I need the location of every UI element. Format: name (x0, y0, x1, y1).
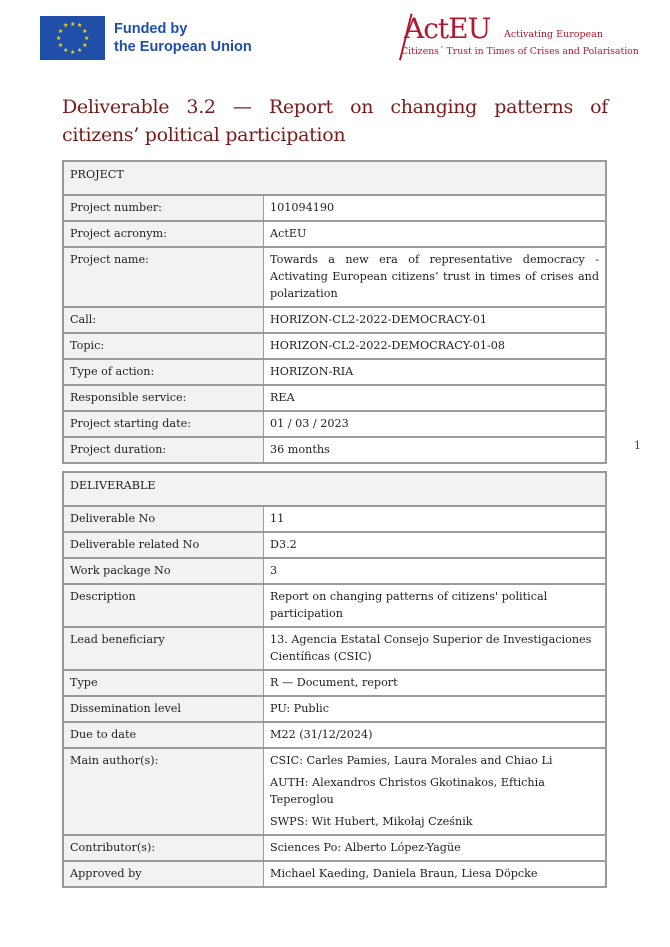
row-value: 01 / 03 / 2023 (264, 411, 607, 437)
row-label: Type (63, 670, 264, 696)
eu-funding-text: Funded by the European Union (114, 20, 252, 56)
deliverable-header-row: DELIVERABLE (63, 472, 606, 506)
deliverable-heading: DELIVERABLE (63, 472, 606, 506)
table-row: Project duration:36 months (63, 437, 606, 463)
row-label: Main author(s): (63, 748, 264, 835)
page-number: 1 (634, 439, 641, 452)
row-value: Michael Kaeding, Daniela Braun, Liesa Dö… (264, 861, 607, 887)
row-label: Project acronym: (63, 221, 264, 247)
row-value: 11 (264, 506, 607, 532)
row-value: HORIZON-CL2-2022-DEMOCRACY-01 (264, 307, 607, 333)
authors-row: Main author(s):CSIC: Carles Pamies, Laur… (63, 748, 606, 835)
table-row: Type of action:HORIZON-RIA (63, 359, 606, 385)
acteu-tagline-line2: Citizens´ Trust in Times of Crises and P… (401, 46, 639, 57)
eu-star-icon: ★ (82, 29, 87, 34)
table-row: Contributor(s):Sciences Po: Alberto Lópe… (63, 835, 606, 861)
eu-star-icon: ★ (84, 36, 89, 41)
row-value: Report on changing patterns of citizens'… (264, 584, 607, 627)
row-label: Due to date (63, 722, 264, 748)
row-label: Approved by (63, 861, 264, 887)
row-value: R — Document, report (264, 670, 607, 696)
eu-star-icon: ★ (63, 48, 68, 53)
row-label: Deliverable No (63, 506, 264, 532)
table-row: Responsible service:REA (63, 385, 606, 411)
project-heading: PROJECT (63, 161, 606, 195)
eu-star-icon: ★ (58, 43, 63, 48)
row-label: Call: (63, 307, 264, 333)
row-value: 36 months (264, 437, 607, 463)
row-label: Project number: (63, 195, 264, 221)
eu-star-icon: ★ (56, 36, 61, 41)
row-value: 101094190 (264, 195, 607, 221)
document-title: Deliverable 3.2 — Report on changing pat… (62, 93, 608, 149)
acteu-tagline-line1: Activating European (504, 29, 603, 40)
row-label: Deliverable related No (63, 532, 264, 558)
eu-funding-line1: Funded by (114, 20, 252, 38)
project-header-row: PROJECT (63, 161, 606, 195)
acteu-logo-name: ActEU (404, 13, 490, 45)
row-value: PU: Public (264, 696, 607, 722)
table-row: Project acronym:ActEU (63, 221, 606, 247)
table-row: TypeR — Document, report (63, 670, 606, 696)
row-label: Responsible service: (63, 385, 264, 411)
table-row: Call:HORIZON-CL2-2022-DEMOCRACY-01 (63, 307, 606, 333)
author-line: AUTH: Alexandros Christos Gkotinakos, Ef… (270, 774, 599, 808)
row-label: Dissemination level (63, 696, 264, 722)
table-row: Work package No3 (63, 558, 606, 584)
row-label: Type of action: (63, 359, 264, 385)
table-row: Deliverable related NoD3.2 (63, 532, 606, 558)
eu-funding-logo: ★★★★★★★★★★★★ Funded by the European Unio… (40, 16, 252, 60)
row-value: Towards a new era of representative demo… (264, 247, 607, 307)
row-label: Project starting date: (63, 411, 264, 437)
row-value: 13. Agencia Estatal Consejo Superior de … (264, 627, 607, 670)
eu-star-icon: ★ (70, 22, 75, 27)
project-table: PROJECT Project number:101094190Project … (62, 160, 607, 464)
row-label: Contributor(s): (63, 835, 264, 861)
eu-star-icon: ★ (70, 50, 75, 55)
acteu-logo: ActEU Activating European Citizens´ Trus… (396, 10, 646, 62)
eu-funding-line2: the European Union (114, 38, 252, 56)
table-row: Project starting date:01 / 03 / 2023 (63, 411, 606, 437)
table-row: Project number:101094190 (63, 195, 606, 221)
eu-star-icon: ★ (82, 43, 87, 48)
row-label: Topic: (63, 333, 264, 359)
row-label: Lead beneficiary (63, 627, 264, 670)
row-value: REA (264, 385, 607, 411)
table-row: Topic:HORIZON-CL2-2022-DEMOCRACY-01-08 (63, 333, 606, 359)
eu-flag-icon: ★★★★★★★★★★★★ (40, 16, 105, 60)
row-label: Project duration: (63, 437, 264, 463)
table-row: Dissemination levelPU: Public (63, 696, 606, 722)
row-value: M22 (31/12/2024) (264, 722, 607, 748)
row-value: HORIZON-CL2-2022-DEMOCRACY-01-08 (264, 333, 607, 359)
eu-star-icon: ★ (58, 29, 63, 34)
row-value: 3 (264, 558, 607, 584)
table-row: Project name:Towards a new era of repres… (63, 247, 606, 307)
eu-star-icon: ★ (77, 48, 82, 53)
author-line: SWPS: Wit Hubert, Mikołaj Cześnik (270, 813, 599, 830)
row-value: HORIZON-RIA (264, 359, 607, 385)
row-value: Sciences Po: Alberto López-Yagüe (264, 835, 607, 861)
row-label: Project name: (63, 247, 264, 307)
author-line: CSIC: Carles Pamies, Laura Morales and C… (270, 752, 599, 769)
deliverable-table: DELIVERABLE Deliverable No11Deliverable … (62, 471, 607, 888)
table-row: DescriptionReport on changing patterns o… (63, 584, 606, 627)
table-row: Lead beneficiary13. Agencia Estatal Cons… (63, 627, 606, 670)
table-row: Due to dateM22 (31/12/2024) (63, 722, 606, 748)
table-row: Approved byMichael Kaeding, Daniela Brau… (63, 861, 606, 887)
row-label: Description (63, 584, 264, 627)
row-value: D3.2 (264, 532, 607, 558)
row-value: ActEU (264, 221, 607, 247)
eu-star-icon: ★ (63, 23, 68, 28)
authors-list: CSIC: Carles Pamies, Laura Morales and C… (264, 748, 607, 835)
table-row: Deliverable No11 (63, 506, 606, 532)
row-label: Work package No (63, 558, 264, 584)
